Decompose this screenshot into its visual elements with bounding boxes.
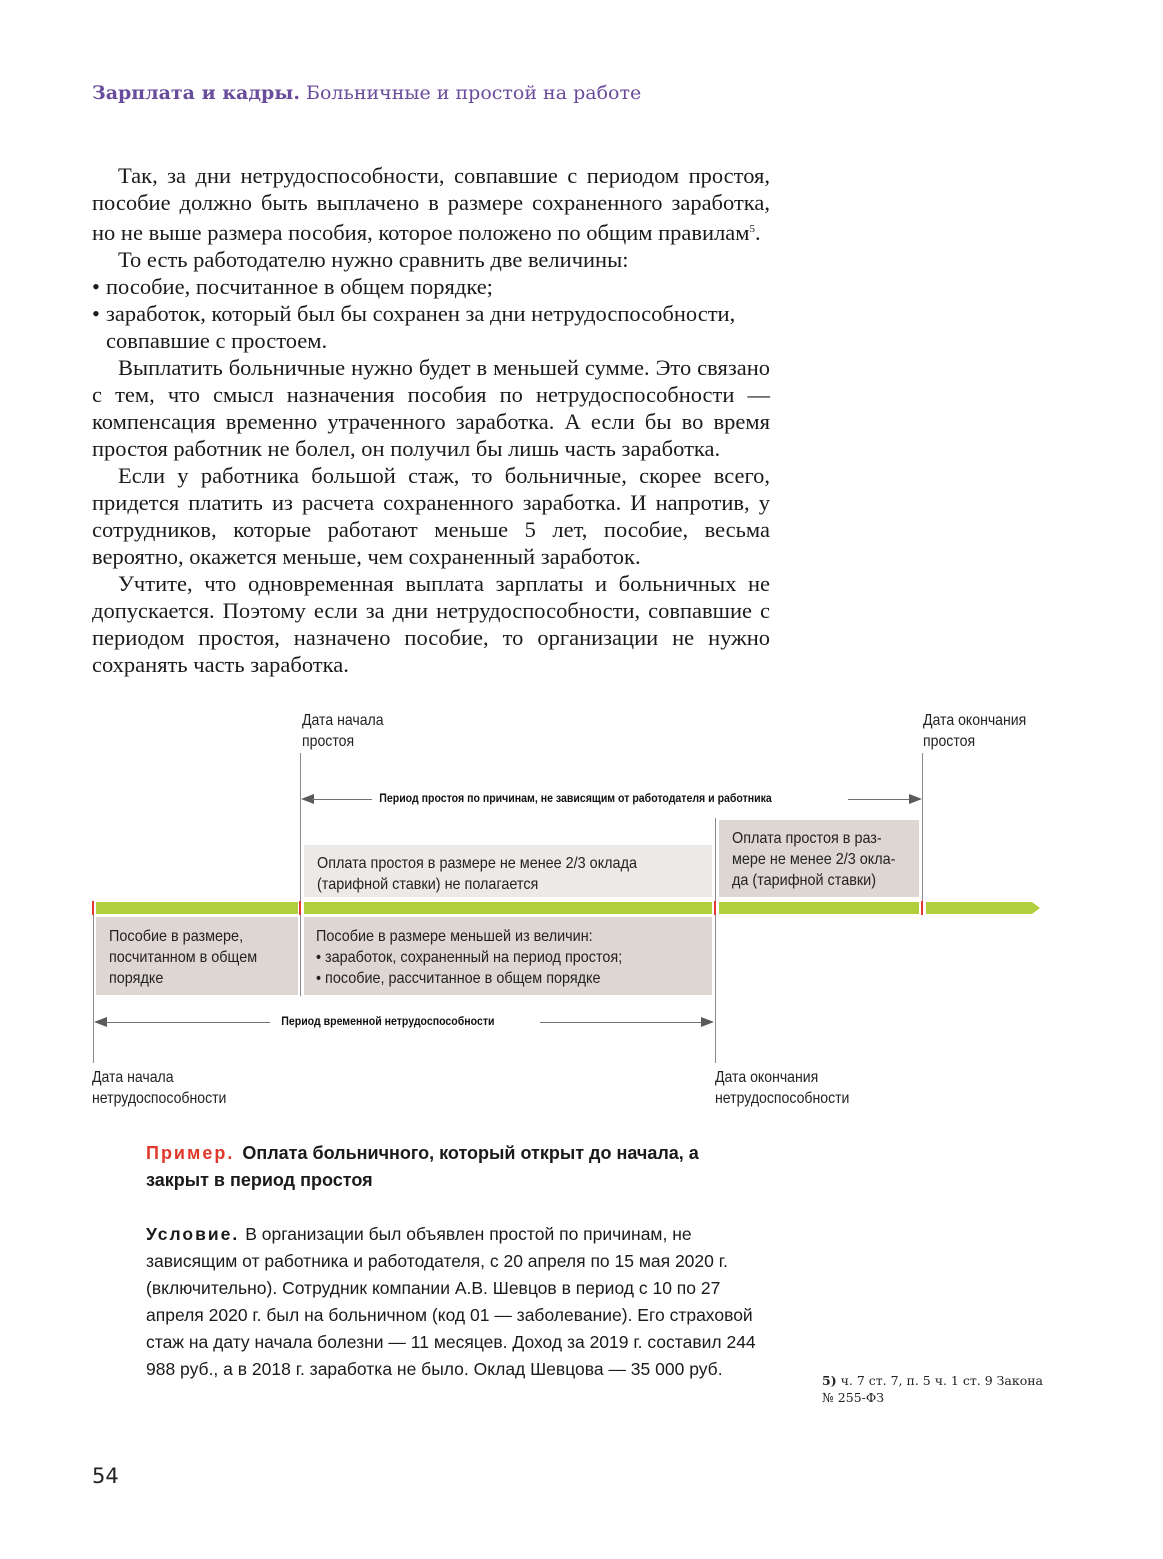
idle-end-label: Дата окончания простоя (923, 710, 1026, 752)
example-block: Пример.Оплата больничного, который откры… (146, 1140, 766, 1383)
arrow-line (848, 799, 910, 800)
body-text: Так, за дни нетрудоспособности, совпавши… (92, 162, 770, 678)
arrow-right-icon (909, 794, 922, 804)
list-item: пособие, посчитанное в общем порядке; (92, 273, 770, 300)
comparison-list: пособие, посчитанное в общем порядке; за… (92, 273, 770, 354)
example-condition: Условие.В организации был объявлен прост… (146, 1221, 766, 1383)
page-number: 54 (92, 1464, 119, 1488)
footnote-number: 5) (822, 1373, 837, 1388)
sick-end-marker (714, 901, 716, 915)
sick-start-marker (92, 901, 94, 915)
timeline-arrow-icon (1032, 902, 1040, 914)
box-no-idle-pay: Оплата простоя в размере не менее 2/3 ок… (304, 845, 712, 897)
paragraph-3: Выплатить больничные нужно будет в меньш… (92, 354, 770, 462)
list-item: заработок, который был бы сохранен за дн… (92, 300, 770, 354)
idle-start-label: Дата начала простоя (302, 710, 384, 752)
idle-start-line (300, 753, 301, 996)
box-lesser-benefit: Пособие в размере меньшей из величин: • … (304, 917, 712, 995)
arrow-right-icon (701, 1017, 714, 1027)
footnote-text: ч. 7 ст. 7, п. 5 ч. 1 ст. 9 Закона № 255… (822, 1373, 1043, 1405)
sick-start-label: Дата начала нетрудоспособности (92, 1067, 226, 1109)
paragraph-1: Так, за дни нетрудоспособности, совпавши… (92, 162, 770, 246)
box-idle-pay: Оплата простоя в раз- мере не менее 2/3 … (719, 820, 919, 897)
timeline-segment (96, 902, 298, 914)
sick-period-label: Период временной нетрудоспособности (276, 1014, 500, 1028)
sick-start-line (93, 910, 94, 1063)
example-label: Пример. (146, 1143, 234, 1163)
header-subtitle: Больничные и простой на работе (306, 82, 641, 104)
arrow-line (105, 1022, 270, 1023)
timeline-segment (304, 902, 712, 914)
running-header: Зарплата и кадры. Больничные и простой н… (92, 82, 641, 104)
idle-period-label: Период простоя по причинам, не зависящим… (374, 791, 777, 805)
example-title: Пример.Оплата больничного, который откры… (146, 1140, 766, 1194)
timeline-segment (926, 902, 1032, 914)
paragraph-4: Если у работника большой стаж, то больни… (92, 462, 770, 570)
box-general-benefit: Пособие в размере, посчитанном в общем п… (96, 917, 298, 995)
sick-end-line (715, 818, 716, 1063)
idle-start-marker (299, 901, 301, 915)
footnote: 5) ч. 7 ст. 7, п. 5 ч. 1 ст. 9 Закона № … (822, 1372, 1052, 1406)
arrow-line (540, 1022, 702, 1023)
paragraph-2: То есть работодателю нужно сравнить две … (92, 246, 770, 273)
arrow-line (312, 799, 372, 800)
condition-label: Условие. (146, 1224, 239, 1244)
header-section: Зарплата и кадры. (92, 82, 300, 104)
timeline-segment (719, 902, 919, 914)
sick-end-label: Дата окончания нетрудоспособности (715, 1067, 849, 1109)
paragraph-5: Учтите, что одновременная выплата зарпла… (92, 570, 770, 678)
idle-end-marker (921, 901, 923, 915)
idle-end-line (922, 753, 923, 903)
